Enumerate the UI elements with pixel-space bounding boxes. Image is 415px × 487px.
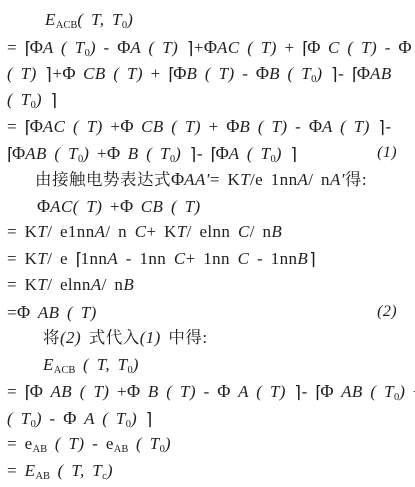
math-variable: A ( T (43, 38, 85, 57)
math-variable: E (43, 355, 54, 374)
math-text: : (202, 328, 207, 347)
close-bracket: ⌉ (290, 145, 297, 165)
line-phiac-plus-phicb: ΦAC( T) +Φ CB ( T) (7, 193, 409, 220)
open-bracket: ⌈ (168, 65, 175, 85)
phi-symbol: Φ (309, 116, 322, 136)
math-text: = (7, 38, 25, 57)
math-variable: ) (175, 144, 189, 163)
chinese-text: 将 (43, 328, 60, 347)
math-variable: AB ( T) (30, 303, 97, 322)
line-final-part-b: ( T0) - Φ A ( T0) ⌉ (7, 405, 409, 432)
close-bracket: ⌉ (295, 383, 302, 403)
math-variable: T (37, 222, 47, 241)
close-bracket: ⌉ (190, 145, 197, 165)
math-variable: B (297, 249, 308, 268)
phi-symbol: Φ (171, 169, 184, 189)
math-variable: E (25, 461, 36, 480)
close-bracket: ⌉ (146, 410, 153, 430)
phi-symbol: Φ (62, 63, 75, 83)
math-text: + (209, 117, 227, 136)
open-bracket: ⌈ (76, 250, 83, 270)
line-kt-expand-2: = KT/ e ⌈1nnA - 1nn C+ 1nn C - 1nnB⌉ (7, 246, 409, 273)
math-text: - (338, 64, 352, 83)
math-text: - (385, 117, 391, 136)
math-variable: C (238, 222, 250, 241)
math-variable: B (123, 275, 134, 294)
open-bracket: ⌈ (302, 39, 309, 59)
math-text: 1nn (81, 249, 108, 268)
phi-symbol: Φ (120, 196, 133, 216)
math-variable: ) (131, 409, 145, 428)
math-text: - (50, 409, 64, 428)
math-variable: C ( T) (320, 38, 384, 57)
close-bracket: ⌉ (187, 39, 194, 59)
math-variable: ( T (128, 434, 159, 453)
close-bracket: ⌉ (51, 91, 58, 111)
math-variable: T (240, 170, 250, 189)
math-variable: ( T (7, 409, 31, 428)
math-variable: AB ( T) (43, 382, 117, 401)
math-text: + (117, 382, 127, 401)
math-variable: CB ( T) (133, 117, 208, 136)
math-text: /e 1nn (250, 170, 297, 189)
math-variable: CB ( T) (76, 64, 151, 83)
phi-symbol: Φ (63, 408, 76, 428)
math-variable: ) (399, 382, 413, 401)
line-contact-potential-text: 由接触电势表达式ΦAA′= KT/e 1nnA/ nA′得: (7, 166, 409, 193)
line-substitute-text: 将(2) 式代入(1) 中得: (7, 325, 409, 352)
phi-symbol: Φ (204, 37, 217, 57)
math-variable: A ( T (229, 144, 271, 163)
math-text: / n (308, 170, 330, 189)
math-text: - 1nn (249, 249, 297, 268)
line-eab-lowercase: = eAB ( T) - eAB ( T0) (7, 431, 409, 458)
math-variable: ) (133, 355, 139, 374)
math-variable: ( T, T (50, 461, 102, 480)
math-variable: AC ( T) (43, 117, 110, 136)
phi-symbol: Φ (37, 196, 50, 216)
math-text: - e (92, 434, 114, 453)
math-text: - (302, 382, 316, 401)
equation-number: (1) (377, 140, 397, 167)
math-variable: C (135, 222, 147, 241)
math-text: / elnn (187, 222, 238, 241)
math-variable: T (37, 275, 47, 294)
math-variable: A (297, 170, 308, 189)
line-kt-result: = KT/ elnnA/ nB (7, 272, 409, 299)
phi-symbol: Φ (217, 381, 230, 401)
math-variable: C (412, 38, 415, 57)
math-text: = K (7, 249, 37, 268)
math-text: / e (47, 249, 75, 268)
math-text: + (52, 64, 62, 83)
math-text: = K (7, 275, 37, 294)
math-variable: A (91, 275, 102, 294)
math-variable: A ( T) (130, 38, 185, 57)
close-bracket: ⌉ (378, 118, 385, 138)
open-bracket: ⌈ (352, 65, 359, 85)
document-page: EACB( T, T0)= ⌈ΦA ( T0) - ΦA ( T) ⌉+ΦAC … (0, 0, 415, 484)
math-subscript: AB (35, 471, 50, 482)
close-bracket: ⌉ (309, 250, 316, 270)
math-variable: C (238, 249, 250, 268)
math-variable: T (177, 222, 187, 241)
math-text: + (194, 38, 204, 57)
line-eacb-lhs-2: EACB ( T, T0) (7, 352, 409, 379)
equation-number: (2) (377, 299, 397, 326)
math-text: + (97, 144, 107, 163)
open-bracket: ⌈ (315, 383, 322, 403)
open-bracket: ⌈ (25, 118, 32, 138)
line-final-part-a: = ⌈Φ AB ( T) +Φ B ( T) - Φ A ( T) ⌉- ⌈Φ … (7, 378, 409, 405)
math-variable: AB ( T (25, 144, 78, 163)
math-variable: B ( T) (239, 117, 295, 136)
math-text: / n (102, 275, 124, 294)
math-variable: AB ( T (334, 382, 394, 401)
math-text: = K (210, 170, 240, 189)
math-variable: ) (165, 434, 171, 453)
math-variable: ) (276, 144, 290, 163)
math-subscript: AB (114, 444, 129, 455)
math-text: + (285, 38, 303, 57)
math-text: = (7, 117, 25, 136)
math-variable: CB ( T) (133, 197, 200, 216)
phi-symbol: Φ (17, 302, 30, 322)
math-text: / n (250, 222, 272, 241)
phi-symbol: Φ (256, 63, 269, 83)
math-variable: B ( T (120, 144, 170, 163)
open-bracket: ⌈ (25, 39, 32, 59)
line-eq1-part-d: = ⌈ΦAC ( T) +Φ CB ( T) + ΦB ( T) - ΦA ( … (7, 113, 409, 140)
math-text: - (204, 382, 218, 401)
line-eab-final: = EAB ( T, Tc) (7, 458, 409, 485)
line-kt-expand-1: = KT/ e1nnA/ n C+ KT/ elnn C/ nB (7, 219, 409, 246)
math-variable: ) (36, 90, 50, 109)
open-bracket: ⌈ (7, 145, 14, 165)
math-text: - (295, 117, 309, 136)
math-text: - (385, 38, 399, 57)
math-variable: A (107, 249, 118, 268)
math-text: = (7, 303, 17, 322)
math-variable: A ( T) (322, 117, 377, 136)
math-text: + (151, 64, 169, 83)
math-text: + 1nn (186, 249, 238, 268)
math-variable: ) (107, 461, 113, 480)
phi-symbol: Φ (127, 381, 140, 401)
phi-symbol: Φ (117, 37, 130, 57)
math-variable: ) (36, 409, 50, 428)
line-phiab-result: =Φ AB ( T)(2) (7, 299, 409, 326)
math-text: : (362, 170, 367, 189)
math-text: / e1nn (47, 222, 94, 241)
close-bracket: ⌉ (45, 65, 52, 85)
math-variable: B ( T) (186, 64, 242, 83)
phi-symbol: Φ (398, 37, 411, 57)
line-eq1-part-b: ( T) ⌉+Φ CB ( T) + ⌈ΦB ( T) - ΦB ( T0) ⌉… (7, 60, 409, 87)
math-variable: A ( T (76, 409, 125, 428)
math-text: / elnn (47, 275, 91, 294)
math-variable: T (37, 249, 47, 268)
math-variable: ) (127, 10, 133, 29)
math-text: - 1nn (118, 249, 174, 268)
phi-symbol: Φ (173, 63, 186, 83)
line-eacb-lhs-1: EACB( T, T0) (7, 7, 409, 34)
math-text: = (7, 461, 25, 480)
phi-symbol: Φ (12, 143, 25, 163)
phi-symbol: Φ (320, 381, 333, 401)
math-variable: C (174, 249, 186, 268)
math-variable: ) (316, 64, 330, 83)
math-variable: ( T) (7, 64, 44, 83)
math-variable: B ( T (269, 64, 311, 83)
math-variable: ( T, T (77, 10, 121, 29)
math-variable: ( T (7, 90, 31, 109)
math-variable: AC ( T) (217, 38, 284, 57)
chinese-text: 中得 (168, 328, 202, 347)
math-text: - (242, 64, 256, 83)
math-text: + K (146, 222, 176, 241)
math-text: = K (7, 222, 37, 241)
phi-symbol: Φ (307, 37, 320, 57)
phi-symbol: Φ (120, 116, 133, 136)
math-text: / n (105, 222, 134, 241)
math-text: - (104, 38, 118, 57)
math-variable: A′ (330, 170, 345, 189)
math-text: + (110, 197, 120, 216)
math-variable: AA′ (184, 170, 210, 189)
math-subscript: ACB (54, 365, 76, 376)
close-bracket: ⌉ (331, 65, 338, 85)
chinese-text: 得 (345, 170, 362, 189)
math-text: + (110, 117, 120, 136)
math-variable: AB (370, 64, 392, 83)
math-variable: A ( T) (230, 382, 293, 401)
math-subscript: ACB (56, 20, 78, 31)
math-variable: ( T) (47, 434, 92, 453)
math-variable: ( T, T (75, 355, 127, 374)
math-variable: B ( T) (140, 382, 203, 401)
math-variable: ) (83, 144, 97, 163)
chinese-text: 式代入 (89, 328, 140, 347)
chinese-text: 由接触电势表达式 (35, 170, 171, 189)
math-variable: A (95, 222, 106, 241)
open-bracket: ⌈ (25, 383, 32, 403)
phi-symbol: Φ (226, 116, 239, 136)
math-subscript: AB (33, 444, 48, 455)
math-text: - (197, 144, 211, 163)
math-variable: (2) (60, 328, 89, 347)
math-variable: ) (90, 38, 104, 57)
math-variable: AC( T) (50, 197, 110, 216)
line-eq1-part-c: ( T0) ⌉ (7, 87, 409, 114)
math-variable: B (271, 222, 282, 241)
line-eq1-part-a: = ⌈ΦA ( T0) - ΦA ( T) ⌉+ΦAC ( T) + ⌈Φ C … (7, 34, 409, 61)
open-bracket: ⌈ (211, 145, 218, 165)
math-text: = (7, 382, 25, 401)
phi-symbol: Φ (107, 143, 120, 163)
math-variable: E (45, 10, 56, 29)
math-variable: (1) (140, 328, 169, 347)
math-text: = e (7, 434, 33, 453)
line-eq1-part-e: ⌈ΦAB ( T0) +Φ B ( T0) ⌉- ⌈ΦA ( T0) ⌉(1) (7, 140, 409, 167)
